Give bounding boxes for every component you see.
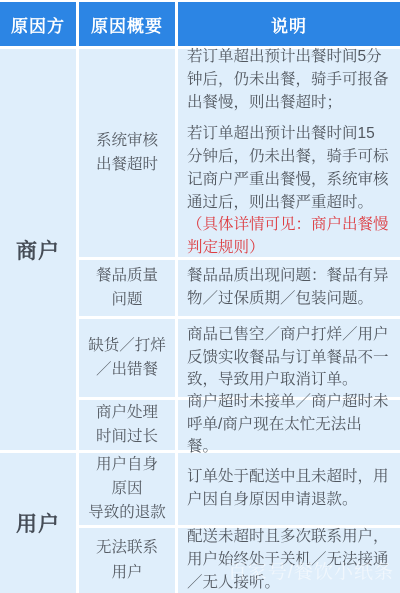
- summary-food-quality: 餐品质量 问题: [79, 260, 175, 316]
- summary-cannot-contact-user: 无法联系 用户: [79, 528, 175, 593]
- summary-merchant-slow-processing: 商户处理 时间过长: [79, 400, 175, 450]
- party-cell-merchant: 商户: [0, 49, 76, 450]
- summary-system-audit-timeout: 系统审核 出餐超时: [79, 49, 175, 257]
- desc-system-audit-timeout: 若订单超出预计出餐时间5分钟后，仍未出餐，骑手可报备出餐慢，则出餐超时； 若订单…: [178, 49, 400, 257]
- red-rule-note: （具体详情可见：商户出餐慢判定规则）: [187, 216, 389, 256]
- desc-cannot-contact-user: 配送未超时且多次联系用户，用户始终处于关机／无法接通／无人接听。: [178, 528, 400, 593]
- party-cell-user: 用户: [0, 453, 76, 593]
- summary-user-self-refund: 用户自身 原因 导致的退款: [79, 453, 175, 525]
- desc-food-quality: 餐品品质出现问题：餐品有异物／过保质期／包装问题。: [178, 260, 400, 316]
- header-description: 说明: [178, 2, 400, 46]
- header-cause-summary: 原因概要: [79, 2, 175, 46]
- refund-reason-table: 原因方 原因概要 说明 商户 系统审核 出餐超时 若订单超出预计出餐时间5分钟后…: [0, 0, 400, 593]
- desc-merchant-slow-processing: 商户超时未接单／商户超时未呼单/商户现在太忙无法出餐。: [178, 400, 400, 450]
- desc-paragraph: 若订单超出预计出餐时间5分钟后，仍未出餐，骑手可报备出餐慢，则出餐超时；: [187, 46, 390, 114]
- summary-out-of-stock: 缺货／打烊 ／出错餐: [79, 319, 175, 397]
- header-cause-party: 原因方: [0, 2, 76, 46]
- desc-paragraph: 若订单超出预计出餐时间15分钟后，仍未出餐，骑手可标记商户严重出餐慢，系统审核通…: [187, 123, 390, 260]
- desc-user-self-refund: 订单处于配送中且未超时，用户因自身原因申请退款。: [178, 453, 400, 525]
- desc-out-of-stock: 商品已售空／商户打烊／用户反馈实收餐品与订单餐品不一致，导致用户取消订单。: [178, 319, 400, 397]
